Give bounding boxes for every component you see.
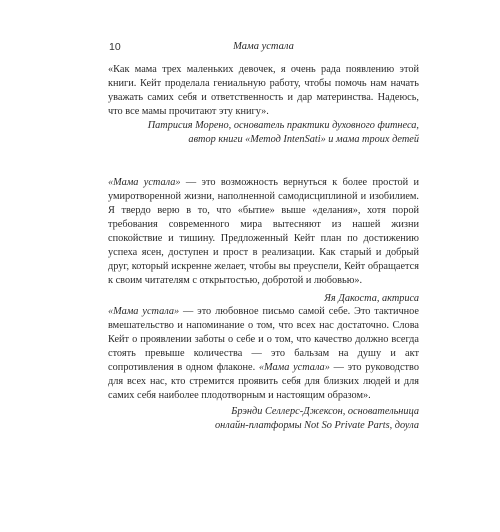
attribution-line: Брэнди Селлерс-Джексон, основательница	[231, 406, 419, 417]
attribution-line: автор книги «Метод IntenSati» и мама тро…	[188, 134, 419, 145]
book-title-mention: «Мама устала»	[108, 306, 179, 317]
attribution-line: онлайн-платформы Not So Private Parts, д…	[215, 420, 419, 431]
quote-text: — это возможность вернуться к более прос…	[108, 177, 419, 286]
book-page: 10 Мама устала «Как мама трех маленьких …	[108, 40, 419, 56]
blurb: «Как мама трех маленьких девочек, я очен…	[108, 63, 419, 147]
blurb-quote: «Мама устала» — это любовное письмо само…	[108, 305, 419, 403]
blurb-quote: «Мама устала» — это возможность вернутьс…	[108, 176, 419, 288]
blurb-attribution: Брэнди Селлерс-Джексон, основательница о…	[108, 405, 419, 433]
running-head: 10 Мама устала	[108, 40, 419, 56]
attribution-line: Патрисия Морено, основатель практики дух…	[148, 120, 419, 131]
attribution-line: Яя Дакоста, актриса	[324, 293, 419, 304]
book-title-mention: «Мама устала»	[259, 362, 330, 373]
running-title: Мама устала	[108, 40, 419, 54]
blurb: «Мама устала» — это любовное письмо само…	[108, 305, 419, 433]
blurb: «Мама устала» — это возможность вернутьс…	[108, 176, 419, 306]
book-title-mention: «Мама устала»	[108, 177, 181, 188]
blurb-quote: «Как мама трех маленьких девочек, я очен…	[108, 63, 419, 119]
quote-text: «Как мама трех маленьких девочек, я очен…	[108, 64, 419, 117]
blurb-attribution: Патрисия Морено, основатель практики дух…	[108, 119, 419, 147]
blurb-attribution: Яя Дакоста, актриса	[108, 292, 419, 306]
